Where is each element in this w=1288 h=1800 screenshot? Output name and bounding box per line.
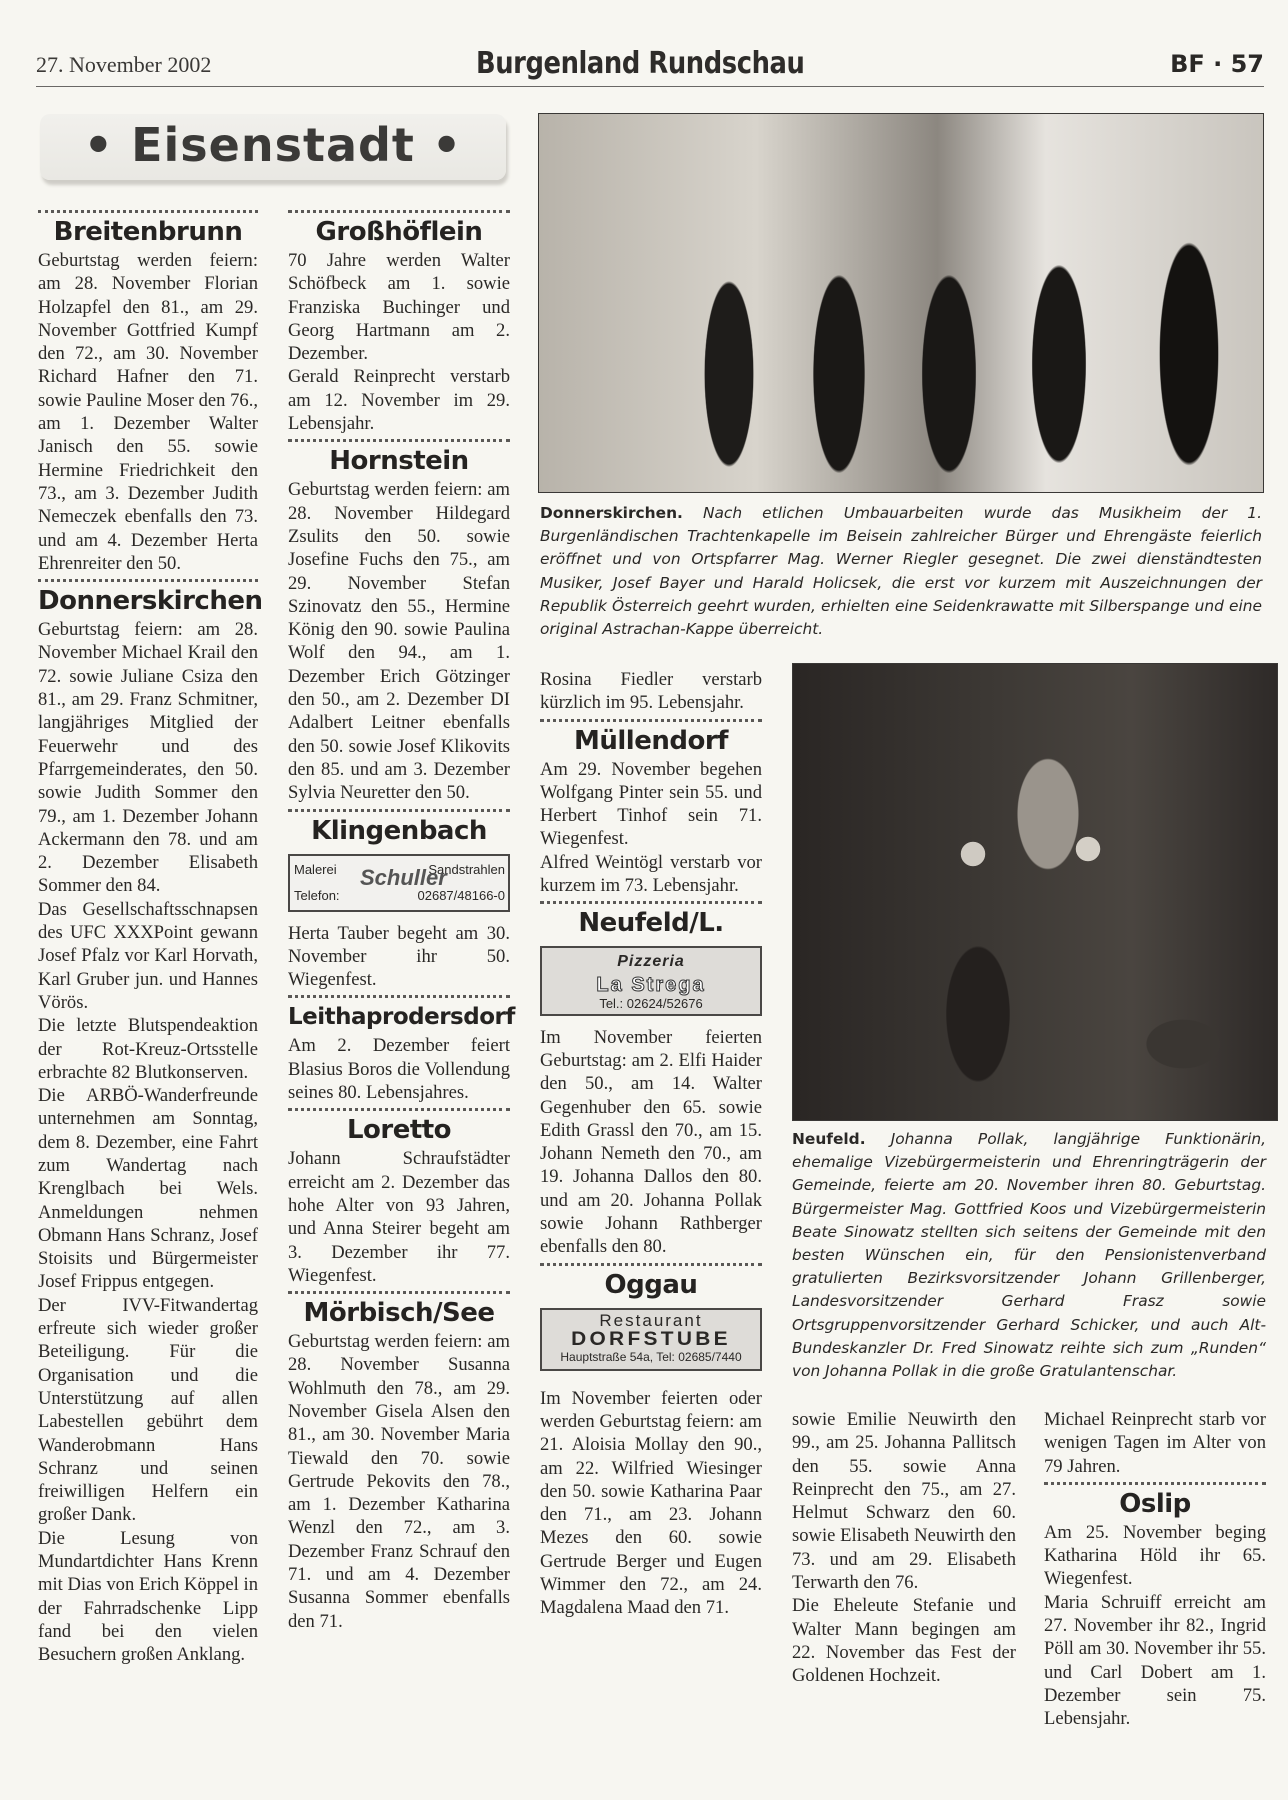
town-heading: Breitenbrunn [38, 215, 258, 249]
photo-caption-donnerskirchen: Donnerskirchen. Nach etlichen Umbauarbei… [540, 502, 1262, 641]
town-heading: Großhöflein [288, 215, 510, 249]
town-heading: Klingenbach [288, 814, 510, 848]
ad-la-strega: Pizzeria La Strega Tel.: 02624/52676 [540, 946, 762, 1015]
article-text: Die ARBÖ-Wanderfreunde unternehmen am So… [38, 1084, 258, 1294]
newspaper-title: Burgenland Rundschau [476, 46, 804, 81]
ad-phone: Tel.: 02624/52676 [542, 996, 760, 1012]
caption-lead: Donnerskirchen. [540, 504, 683, 522]
article-text: Gerald Reinprecht verstarb am 12. Novemb… [288, 365, 510, 435]
column-4: sowie Emilie Neuwirth den 99., am 25. Jo… [792, 1408, 1016, 1688]
ad-address: Hauptstraße 54a, Tel: 02685/7440 [542, 1350, 760, 1365]
ad-text: Restaurant [542, 1312, 760, 1330]
article-text: Rosina Fiedler verstarb kürzlich im 95. … [540, 668, 762, 715]
page-number: BF · 57 [1170, 50, 1264, 78]
ad-logo: DORFSTUBE [531, 1330, 771, 1350]
article-text: Geburtstag werden feiern: am 28. Novembe… [38, 249, 258, 575]
ad-text: Malerei [294, 858, 337, 881]
divider [288, 809, 510, 812]
article-text: Michael Reinprecht starb vor wenigen Tag… [1044, 1408, 1266, 1478]
photo-neufeld [792, 663, 1278, 1121]
town-heading: Leithaprodersdorf [288, 1000, 510, 1034]
column-5: Michael Reinprecht starb vor wenigen Tag… [1044, 1408, 1266, 1731]
article-text: Der IVV-Fitwandertag erfreute sich wiede… [38, 1294, 258, 1527]
ad-schuller: Malerei Sandstrahlen Schuller Telefon: 0… [288, 854, 510, 912]
article-text: Im November feierten Geburtstag: am 2. E… [540, 1026, 762, 1259]
article-text: Herta Tauber begeht am 30. November ihr … [288, 922, 510, 992]
divider [38, 210, 258, 213]
article-text: Geburtstag werden feiern: am 28. Novembe… [288, 1330, 510, 1633]
ad-text: Pizzeria [542, 950, 760, 973]
caption-lead: Neufeld. [792, 1130, 866, 1148]
section-banner: • Eisenstadt • [40, 114, 506, 180]
article-text: 70 Jahre werden Walter Schöfbeck am 1. s… [288, 249, 510, 365]
town-heading: Mörbisch/See [288, 1296, 510, 1330]
town-heading: Oslip [1044, 1487, 1266, 1521]
caption-text: Johanna Pollak, langjährige Funktionärin… [792, 1130, 1266, 1380]
divider [288, 1291, 510, 1294]
divider [288, 1108, 510, 1111]
article-text: Am 29. November begehen Wolfgang Pinter … [540, 758, 762, 851]
divider [38, 579, 258, 582]
divider [540, 719, 762, 722]
photo-caption-neufeld: Neufeld. Johanna Pollak, langjährige Fun… [792, 1128, 1266, 1383]
article-text: Die letzte Blutspendeaktion der Rot-Kreu… [38, 1014, 258, 1084]
column-3: Rosina Fiedler verstarb kürzlich im 95. … [540, 668, 762, 1620]
article-text: Im November feierten oder werden Geburts… [540, 1387, 762, 1620]
column-1: Breitenbrunn Geburtstag werden feiern: a… [38, 206, 258, 1667]
town-heading: Donnerskirchen [38, 584, 258, 618]
town-heading: Loretto [288, 1113, 510, 1147]
article-text: Maria Schruiff erreicht am 27. November … [1044, 1591, 1266, 1731]
town-heading: Hornstein [288, 444, 510, 478]
ad-dorfstube: Restaurant DORFSTUBE Hauptstraße 54a, Te… [540, 1308, 762, 1371]
article-text: sowie Emilie Neuwirth den 99., am 25. Jo… [792, 1408, 1016, 1594]
town-heading: Neufeld/L. [540, 906, 762, 940]
divider [288, 210, 510, 213]
ad-phone: 02687/48166-0 [418, 884, 505, 907]
divider [1044, 1482, 1266, 1485]
article-text: Die Lesung von Mundartdichter Hans Krenn… [38, 1527, 258, 1667]
divider [540, 1263, 762, 1266]
town-heading: Oggau [540, 1268, 762, 1302]
divider [540, 901, 762, 904]
page-header: 27. November 2002 Burgenland Rundschau B… [36, 44, 1264, 87]
article-text: Geburtstag werden feiern: am 28. Novembe… [288, 478, 510, 804]
article-text: Alfred Weintögl verstarb vor kurzem im 7… [540, 851, 762, 898]
article-text: Geburtstag feiern: am 28. November Micha… [38, 618, 258, 898]
divider [288, 995, 510, 998]
column-2: Großhöflein 70 Jahre werden Walter Schöf… [288, 206, 510, 1633]
section-title: • Eisenstadt • [40, 118, 506, 172]
article-text: Die Eheleute Stefanie und Walter Mann be… [792, 1594, 1016, 1687]
ad-logo: La Strega [542, 974, 760, 996]
photo-donnerskirchen [538, 113, 1264, 493]
article-text: Johann Schraufstädter erreicht am 2. Dez… [288, 1147, 510, 1287]
divider [288, 439, 510, 442]
issue-date: 27. November 2002 [36, 52, 211, 78]
article-text: Am 25. November beging Katharina Höld ih… [1044, 1521, 1266, 1591]
article-text: Das Gesellschaftsschnapsen des UFC XXXPo… [38, 898, 258, 1014]
ad-text: Telefon: [294, 884, 340, 907]
caption-text: Nach etlichen Umbauarbeiten wurde das Mu… [540, 504, 1262, 638]
town-heading: Müllendorf [540, 724, 762, 758]
article-text: Am 2. Dezember feiert Blasius Boros die … [288, 1034, 510, 1104]
